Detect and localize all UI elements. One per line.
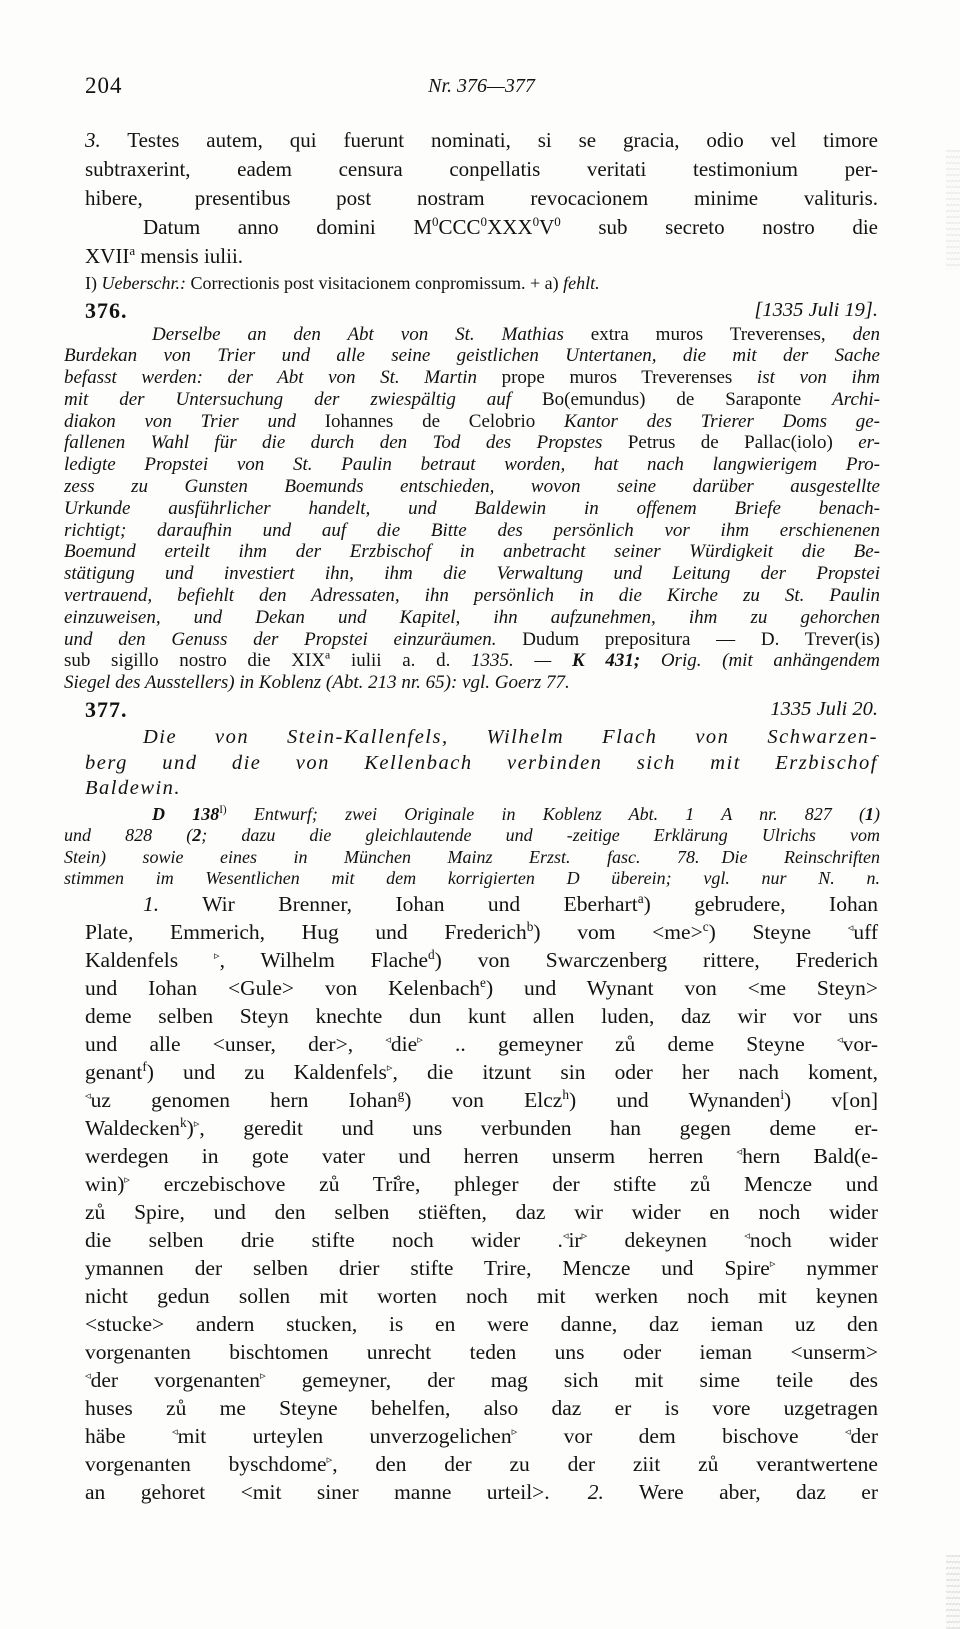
- text-segment: , die itzunt sin oder her nach koment,: [393, 1060, 878, 1084]
- text-segment: befasst werden: der Abt von St. Martin: [64, 367, 502, 388]
- text-segment: 1: [865, 804, 874, 824]
- text-line: hibere,presentibus post nostram revocaci…: [85, 184, 878, 213]
- text-segment: der vorgenanten: [91, 1368, 260, 1392]
- scan-noise-top: [946, 150, 960, 270]
- text-segment: die selben drie stifte noch wider .: [85, 1228, 563, 1252]
- text-segment: D 138: [152, 804, 219, 824]
- text-segment: Datum anno domini M: [143, 215, 432, 239]
- text-segment: mit der Untersuchung der zwiespältig auf: [64, 389, 542, 410]
- text-segment: Burdekan von Trier und alle seine geistl…: [64, 345, 880, 366]
- text-segment: win): [85, 1172, 124, 1196]
- entry-377-source-note: D 138I) Entwurf; zwei Originale in Koble…: [64, 804, 880, 890]
- entry-377-heading: 377.1335 Juli 20.: [85, 696, 878, 723]
- text-line: und den Genuss der Propstei einzuräumen.…: [64, 629, 880, 651]
- page-header-row: 204 Nr. 376—377: [85, 72, 878, 100]
- text-line: nicht gedun sollen mit worten noch mit w…: [85, 1282, 878, 1310]
- text-segment: gemeyner, der mag sich mit sime teile de…: [266, 1368, 878, 1392]
- text-line: richtigt; daraufhin und auf die Bitte de…: [64, 520, 880, 542]
- text-line: win)▹ erczebischove zů Tri̊re, phleger d…: [85, 1170, 878, 1198]
- text-segment: Stein) sowie eines in München Mainz Erzs…: [64, 847, 700, 867]
- text-segment: einzuweisen, und Dekan und Kapitel, ihn …: [64, 607, 880, 628]
- text-line: berg und die von Kellenbach verbinden si…: [85, 751, 878, 777]
- text-segment: Petrus de Pallac(iolo): [628, 432, 858, 453]
- text-line: huses zů me Steyne behelfen, also daz er…: [85, 1394, 878, 1422]
- text-line: diakon von Trier und Iohannes de Celobri…: [64, 411, 880, 433]
- text-segment: ) vom <me>: [533, 920, 702, 944]
- running-header: Nr. 376—377: [85, 72, 878, 100]
- text-segment: noch wider: [750, 1228, 878, 1252]
- text-segment: Ueberschr.:: [102, 273, 186, 293]
- text-segment: ) und zu Kaldenfels: [147, 1060, 387, 1084]
- text-line: mit der Untersuchung der zwiespältig auf…: [64, 389, 880, 411]
- text-segment: Entwurf; zwei Originale in Koblenz Abt. …: [227, 804, 865, 824]
- text-line: Boemund erteilt ihm der Erzbischof in an…: [64, 541, 880, 563]
- text-line: Plate, Emmerich, Hug und Frederichb) vom…: [85, 918, 878, 946]
- text-segment: I): [219, 804, 226, 816]
- text-line: <stucke> andern stucken, is en were dann…: [85, 1310, 878, 1338]
- text-segment: Urkunde ausführlicher handelt, und Balde…: [64, 498, 880, 519]
- footnote-375: I) Ueberschr.: Correctionis post visitac…: [85, 273, 878, 295]
- text-segment: 2.: [588, 1480, 604, 1504]
- text-line: zů Spire, und den selben stiëften, daz w…: [85, 1198, 878, 1226]
- text-segment: ir: [568, 1228, 581, 1252]
- text-segment: XVII: [85, 244, 129, 268]
- text-line: stätigung und investiert ihn, ihm die Ve…: [64, 563, 880, 585]
- text-segment: sub secreto nostro die: [561, 215, 878, 239]
- text-line: die selben drie stifte noch wider .◃ir▹ …: [85, 1226, 878, 1254]
- text-segment: Plate, Emmerich, Hug und Frederich: [85, 920, 527, 944]
- text-segment: vertrauend, befiehlt den Adressaten, ihn…: [64, 585, 880, 606]
- text-segment: deme selben Steyn knechte dun kunt allen…: [85, 1004, 878, 1028]
- text-line: ◃uz genomen hern Iohang) von Elczh) und …: [85, 1086, 878, 1114]
- text-segment: k: [180, 1114, 187, 1129]
- text-segment: , den der zu der ziit zů verantwertene: [332, 1452, 878, 1476]
- text-segment: 2: [192, 825, 201, 845]
- text-segment: V: [539, 215, 554, 239]
- scan-noise-bottom: [946, 1555, 960, 1629]
- text-segment: Testes autem, qui fuerunt nominati, si s…: [101, 128, 878, 152]
- text-line: subtraxerint, eadem censura conpellatis …: [85, 155, 878, 184]
- text-segment: fallenen Wahl für die durch den Tod des …: [64, 432, 628, 453]
- text-line: vorgenanten bischtomen unrecht teden uns…: [85, 1338, 878, 1366]
- text-line: Derselbe an den Abt von St. Mathias extr…: [64, 324, 880, 346]
- text-segment: fehlt.: [563, 273, 600, 293]
- text-line: stimmen im Wesentlichen mit dem korrigie…: [64, 868, 880, 890]
- text-segment: richtigt; daraufhin und auf die Bitte de…: [64, 520, 880, 541]
- text-line: an gehoret <mit siner manne urteil>.2. W…: [85, 1478, 878, 1506]
- text-segment: huses zů me Steyne behelfen, also daz er…: [85, 1396, 878, 1420]
- text-segment: erczebischove zů Tri̊re, phleger der sti…: [130, 1172, 878, 1196]
- text-segment: 1335. —: [471, 650, 572, 671]
- text-segment: Wir Brenner, Iohan und Eberhart: [159, 892, 638, 916]
- text-segment: Derselbe an den Abt von St. Mathias: [152, 324, 591, 345]
- text-segment: stätigung und investiert ihn, ihm die Ve…: [64, 563, 880, 584]
- text-line: D 138I) Entwurf; zwei Originale in Koble…: [64, 804, 880, 826]
- text-segment: ; dazu die gleichlautende und -zeitige E…: [201, 825, 880, 845]
- text-segment: I): [85, 273, 102, 293]
- text-segment: Dudum prepositura — D. Trever(is): [522, 629, 880, 650]
- text-segment: <stucke> andern stucken, is en were dann…: [85, 1312, 878, 1336]
- text-segment: vorgenanten byschdome: [85, 1452, 327, 1476]
- text-line: vorgenanten byschdome▹, den der zu der z…: [85, 1450, 878, 1478]
- text-line: Kaldenfels ▹, Wilhelm Flached) von Swarc…: [85, 946, 878, 974]
- text-segment: hibere,: [85, 186, 143, 210]
- text-segment: vor dem bischove: [517, 1424, 845, 1448]
- text-segment: nicht gedun sollen mit worten noch mit w…: [85, 1284, 878, 1308]
- text-segment: mit urteylen unverzogelichen: [178, 1424, 512, 1448]
- text-line: und alle <unser, der>, ◃die▹ .. gemeyner…: [85, 1030, 878, 1058]
- text-segment: extra muros Treverenses,: [591, 324, 853, 345]
- text-segment: ) und Wynanden: [569, 1088, 780, 1112]
- text-segment: subtraxerint, eadem censura conpellatis …: [85, 157, 878, 181]
- text-segment: .. gemeyner zů deme Steyne: [423, 1032, 837, 1056]
- text-line: genantf) und zu Kaldenfels▹, die itzunt …: [85, 1058, 878, 1086]
- text-line: ◃der vorgenanten▹ gemeyner, der mag sich…: [85, 1366, 878, 1394]
- text-segment: an gehoret <mit siner manne urteil>.: [85, 1480, 550, 1504]
- text-segment: ) v[on]: [784, 1088, 878, 1112]
- text-segment: diakon von Trier und: [64, 411, 325, 432]
- text-segment: er-: [858, 432, 880, 453]
- entry-377-heading-number: 377.: [85, 696, 128, 723]
- text-segment: ) gebrudere, Iohan: [644, 892, 878, 916]
- text-line: I) Ueberschr.: Correctionis post visitac…: [85, 273, 878, 295]
- text-segment: und den Genuss der Propstei einzuräumen.: [64, 629, 522, 650]
- text-segment: dekeynen: [587, 1228, 744, 1252]
- text-line: XVIIa mensis iulii.: [85, 242, 878, 271]
- text-segment: iulii a. d.: [330, 650, 471, 671]
- text-line: 1. Wir Brenner, Iohan und Eberharta) geb…: [85, 890, 878, 918]
- text-segment: ) von Elcz: [404, 1088, 562, 1112]
- text-segment: Were aber, daz er: [604, 1480, 878, 1504]
- text-segment: presentibus post nostram revocacionem mi…: [195, 186, 878, 210]
- text-segment: Die von Stein-Kallenfels, Wilhelm Flach …: [143, 726, 878, 748]
- text-segment: und alle <unser, der>,: [85, 1032, 385, 1056]
- text-segment: ) und Wynant von <me Steyn>: [486, 976, 878, 1000]
- text-segment: häbe: [85, 1424, 172, 1448]
- entry-376-heading-date: [1335 Juli 19].: [754, 297, 878, 324]
- text-segment: Orig. (mit anhängendem: [661, 650, 880, 671]
- text-segment: ) von Swarczenberg rittere, Frederich: [435, 948, 878, 972]
- text-line: einzuweisen, und Dekan und Kapitel, ihn …: [64, 607, 880, 629]
- text-segment: , Wilhelm Flache: [220, 948, 428, 972]
- text-line: vertrauend, befiehlt den Adressaten, ihn…: [64, 585, 880, 607]
- text-segment: ): [187, 1116, 194, 1140]
- entry-376-heading-number: 376.: [85, 297, 128, 324]
- text-segment: berg und die von Kellenbach verbinden si…: [85, 752, 878, 774]
- text-line: Stein) sowie eines in München Mainz Erzs…: [64, 847, 880, 869]
- text-segment: und Iohan <Gule> von Kelenbach: [85, 976, 480, 1000]
- entry-377-text: 1. Wir Brenner, Iohan und Eberharta) geb…: [85, 890, 878, 1506]
- paragraph-latin-3: 3. Testes autem, qui fuerunt nominati, s…: [85, 126, 878, 271]
- text-line: sub sigillo nostro die XIXa iulii a. d. …: [64, 650, 880, 672]
- text-line: Die von Stein-Kallenfels, Wilhelm Flach …: [85, 725, 878, 751]
- text-segment: uff: [853, 920, 878, 944]
- text-segment: Iohannes de Celobrio: [325, 411, 564, 432]
- text-segment: Boemund erteilt ihm der Erzbischof in an…: [64, 541, 880, 562]
- text-segment: Correctionis post visitacionem conpromis…: [186, 273, 563, 293]
- text-line: häbe ◃mit urteylen unverzogelichen▹ vor …: [85, 1422, 878, 1450]
- text-segment: K 431;: [572, 650, 661, 671]
- text-segment: Baldewin.: [85, 777, 181, 799]
- text-line: und Iohan <Gule> von Kelenbache) und Wyn…: [85, 974, 878, 1002]
- text-line: 3. Testes autem, qui fuerunt nominati, s…: [85, 126, 878, 155]
- text-segment: zů Spire, und den selben stiëften, daz w…: [85, 1200, 878, 1224]
- text-segment: 3.: [85, 128, 101, 152]
- text-segment: ledigte Propstei von St. Paulin betraut …: [64, 454, 880, 475]
- text-segment: nymmer: [775, 1256, 878, 1280]
- text-segment: 1.: [143, 892, 159, 916]
- text-segment: ): [874, 804, 880, 824]
- text-segment: Die Reinschriften: [722, 847, 880, 867]
- text-segment: werdegen in gote vater und herren unserm…: [85, 1144, 737, 1168]
- text-segment: Bo(emundus) de Saraponte: [542, 389, 832, 410]
- entry-377-heading-date: 1335 Juli 20.: [770, 696, 878, 723]
- text-segment: sub sigillo nostro die XIX: [64, 650, 325, 671]
- text-line: ledigte Propstei von St. Paulin betraut …: [64, 454, 880, 476]
- text-line: Waldeckenk)▹, geredit und uns verbunden …: [85, 1114, 878, 1142]
- text-line: Burdekan von Trier und alle seine geistl…: [64, 345, 880, 367]
- text-segment: d: [428, 946, 435, 961]
- text-segment: Siegel des Ausstellers) in Koblenz (Abt.…: [64, 672, 570, 693]
- text-segment: Kaldenfels: [85, 948, 214, 972]
- text-segment: stimmen im Wesentlichen mit dem korrigie…: [64, 868, 880, 888]
- text-segment: mensis iulii.: [135, 244, 243, 268]
- text-line: deme selben Steyn knechte dun kunt allen…: [85, 1002, 878, 1030]
- text-line: ymannen der selben drier stifte Trire, M…: [85, 1254, 878, 1282]
- text-segment: Kantor des Trierer Doms ge-: [564, 411, 880, 432]
- text-segment: hern Bald(e-: [742, 1144, 878, 1168]
- entry-376-regest: Derselbe an den Abt von St. Mathias extr…: [64, 324, 880, 695]
- text-line: werdegen in gote vater und herren unserm…: [85, 1142, 878, 1170]
- entry-377-title: Die von Stein-Kallenfels, Wilhelm Flach …: [85, 725, 878, 802]
- text-segment: den: [853, 324, 880, 345]
- text-segment: vor-: [843, 1032, 878, 1056]
- text-line: Datum anno domini M0CCC0XXX0V0 sub secre…: [85, 213, 878, 242]
- page-content: 3. Testes autem, qui fuerunt nominati, s…: [85, 126, 878, 1506]
- text-line: Urkunde ausführlicher handelt, und Balde…: [64, 498, 880, 520]
- text-line: Baldewin.: [85, 776, 878, 802]
- text-line: zess zu Gunsten Boemunds entschieden, wo…: [64, 476, 880, 498]
- text-line: und 828 (2; dazu die gleichlautende und …: [64, 825, 880, 847]
- text-segment: ymannen der selben drier stifte Trire, M…: [85, 1256, 770, 1280]
- entry-376-heading: 376.[1335 Juli 19].: [85, 297, 878, 324]
- text-segment: der: [851, 1424, 878, 1448]
- text-segment: uz genomen hern Iohan: [91, 1088, 398, 1112]
- text-segment: die: [391, 1032, 417, 1056]
- text-line: fallenen Wahl für die durch den Tod des …: [64, 432, 880, 454]
- text-segment: , geredit und uns verbunden han gegen de…: [199, 1116, 878, 1140]
- text-segment: genant: [85, 1060, 142, 1084]
- text-line: befasst werden: der Abt von St. Martin p…: [64, 367, 880, 389]
- text-segment: und 828 (: [64, 825, 192, 845]
- scanned-book-page: 204 Nr. 376—377 3. Testes autem, qui fue…: [0, 0, 960, 1629]
- text-segment: Archi-: [832, 389, 880, 410]
- text-segment: zess zu Gunsten Boemunds entschieden, wo…: [64, 476, 880, 497]
- text-segment: h: [562, 1086, 569, 1101]
- text-segment: prope muros Treverenses: [502, 367, 757, 388]
- text-line: Siegel des Ausstellers) in Koblenz (Abt.…: [64, 672, 880, 694]
- text-segment: ) Steyne: [709, 920, 848, 944]
- text-segment: XXX: [487, 215, 533, 239]
- text-segment: Waldecken: [85, 1116, 180, 1140]
- text-segment: CCC: [439, 215, 481, 239]
- text-segment: vorgenanten bischtomen unrecht teden uns…: [85, 1340, 878, 1364]
- text-segment: ist von ihm: [757, 367, 880, 388]
